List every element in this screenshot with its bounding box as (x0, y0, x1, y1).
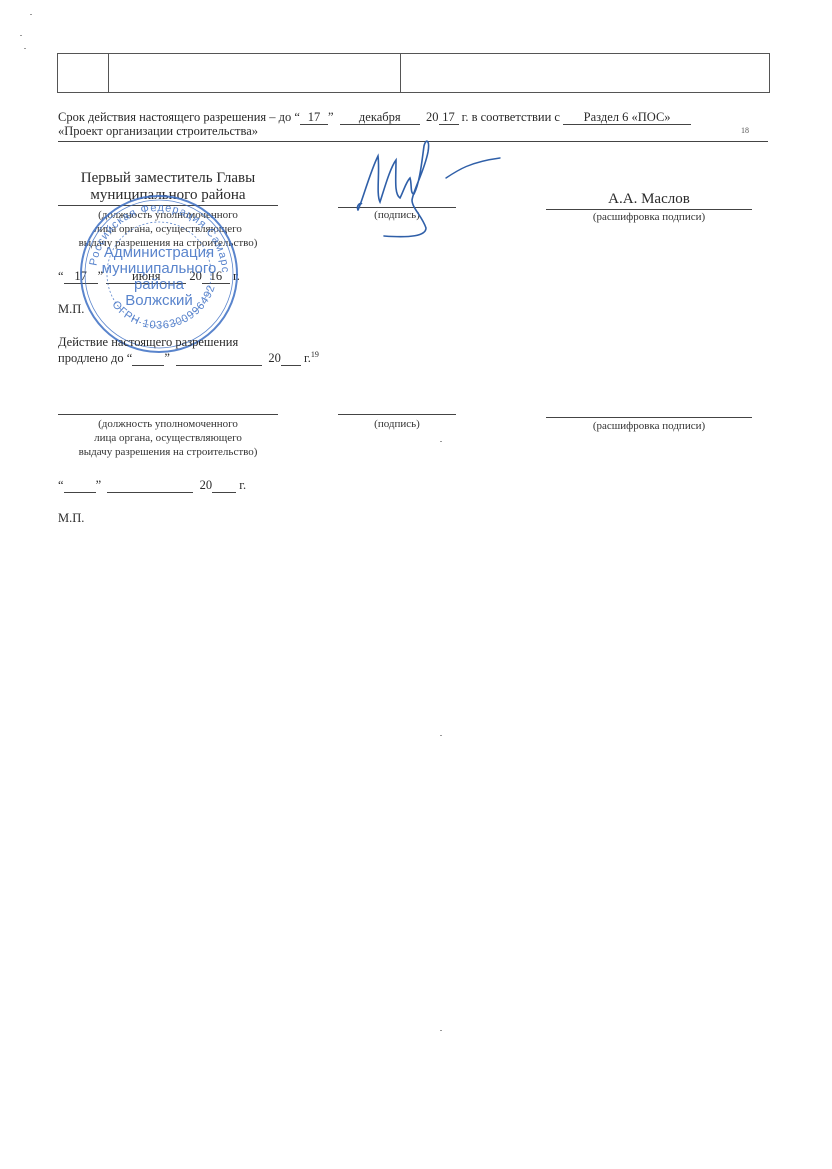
scan-speck (440, 1030, 442, 1031)
scan-speck (440, 735, 442, 736)
name-caption-2: (расшифровка подписи) (546, 420, 752, 432)
extension-line-1: Действие настоящего разрешения (58, 335, 238, 350)
footnote-18: 18 (741, 126, 749, 135)
year-prefix: 20 (200, 478, 213, 492)
issue-day: 17 (64, 270, 98, 284)
footnote-19: 19 (311, 350, 319, 359)
year-prefix: 20 (268, 351, 281, 365)
validity-mid: г. в соответствии с (462, 110, 560, 124)
extension-date-year-field[interactable] (212, 479, 236, 493)
year-word: г. (233, 269, 240, 283)
signature-underline (338, 207, 456, 208)
quote: ” (328, 110, 334, 124)
table-remnant (57, 53, 770, 93)
signature-underline-2 (338, 414, 456, 415)
year-word: г. (304, 351, 311, 365)
position-caption-2: (должность уполномоченного лица органа, … (58, 417, 278, 459)
caption-line: лица органа, осуществляющего (58, 431, 278, 445)
validity-year: 17 (439, 111, 459, 125)
extension-date: “ ” 20 г. (58, 478, 246, 493)
divider (58, 141, 768, 142)
validity-basis-cont: «Проект организации строительства» (58, 124, 258, 139)
caption-line: выдачу разрешения на строительство) (58, 445, 278, 459)
caption-line: (должность уполномоченного (58, 417, 278, 431)
extension-date-month-field[interactable] (107, 479, 193, 493)
year-prefix: 20 (426, 110, 439, 124)
table-column-divider (108, 54, 109, 92)
stamp-ogrn: ОГРН 1036300996492 (109, 283, 217, 332)
signer-name: А.А. Маслов (546, 191, 752, 208)
extension-month-field[interactable] (176, 352, 262, 366)
seal-label: М.П. (58, 302, 84, 317)
scan-speck (24, 48, 26, 49)
extension-day-field[interactable] (132, 352, 164, 366)
table-column-divider (400, 54, 401, 92)
position-line-1: Первый заместитель Главы (58, 170, 278, 187)
extension-date-day-field[interactable] (64, 479, 96, 493)
quote: ” (96, 478, 102, 492)
signature-caption-2: (подпись) (338, 418, 456, 430)
issue-date: “17” июня 2016 г. (58, 269, 240, 284)
name-underline (546, 209, 752, 210)
validity-day: 17 (300, 111, 328, 125)
svg-text:ОГРН 1036300996492: ОГРН 1036300996492 (109, 283, 217, 332)
caption-line: лица органа, осуществляющего (58, 222, 278, 236)
issue-year: 16 (202, 270, 230, 284)
year-prefix: 20 (189, 269, 202, 283)
validity-basis: Раздел 6 «ПОС» (563, 111, 691, 125)
quote: ” (164, 351, 170, 365)
position-underline-2 (58, 414, 278, 415)
position-underline (58, 205, 278, 206)
position-caption: (должность уполномоченного лица органа, … (58, 208, 278, 250)
quote: ” (98, 269, 104, 283)
name-caption: (расшифровка подписи) (546, 211, 752, 223)
position-line-2: муниципального района (58, 187, 278, 204)
extension-line-2: продлено до “ ” 20 г.19 (58, 350, 319, 366)
caption-line: (должность уполномоченного (58, 208, 278, 222)
name-underline-2 (546, 417, 752, 418)
caption-line: выдачу разрешения на строительство) (58, 236, 278, 250)
handwritten-signature (340, 132, 520, 242)
signature-caption: (подпись) (338, 209, 456, 221)
year-word: г. (239, 478, 246, 492)
validity-month: декабря (340, 111, 420, 125)
scan-speck (30, 14, 32, 15)
position-title: Первый заместитель Главы муниципального … (58, 170, 278, 204)
extension-year-field[interactable] (281, 352, 301, 366)
extension-prefix: продлено до (58, 351, 124, 365)
validity-prefix: Срок действия настоящего разрешения – до (58, 110, 291, 124)
issue-month: июня (106, 270, 186, 284)
stamp-line: Волжский (78, 293, 240, 309)
scan-speck (440, 441, 442, 442)
scan-speck (20, 35, 22, 36)
seal-label-2: М.П. (58, 511, 84, 526)
validity-line: Срок действия настоящего разрешения – до… (58, 110, 691, 125)
